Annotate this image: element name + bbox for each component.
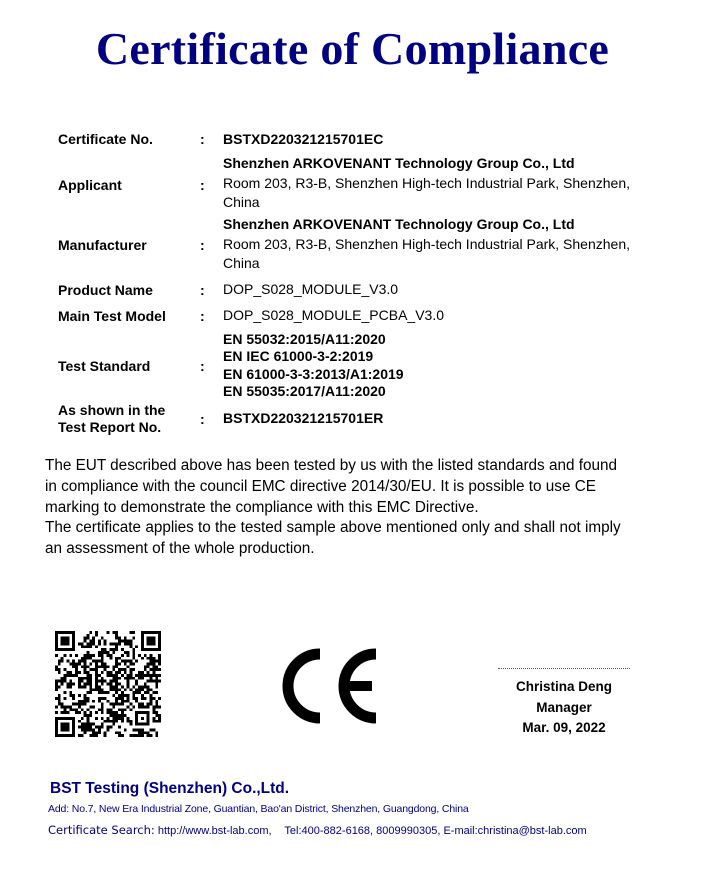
website-link[interactable]: http://www.bst-lab.com,: [158, 825, 272, 837]
field-colon: :: [200, 358, 205, 375]
field-value-wrap: DOP_S028_MODULE_V3.0: [223, 280, 398, 300]
field-label: Applicant: [58, 177, 122, 194]
test-standard-item: EN IEC 61000-3-2:2019: [223, 348, 404, 365]
field-label: Product Name: [58, 282, 153, 299]
field-value-wrap: BSTXD220321215701ER: [223, 409, 383, 429]
field-label-line1: As shown in the: [58, 402, 165, 419]
search-label: Certificate Search:: [48, 823, 155, 837]
certificate-search: Certificate Search: http://www.bst-lab.c…: [48, 823, 587, 837]
issuer-address: Add: No.7, New Era Industrial Zone, Guan…: [48, 803, 469, 815]
field-label: Main Test Model: [58, 308, 166, 325]
ce-mark-icon: [276, 648, 380, 724]
statement-line: The certificate applies to the tested sa…: [45, 518, 665, 539]
signature-date: Mar. 09, 2022: [484, 718, 644, 739]
certificate-title: Certificate of Compliance: [0, 22, 705, 75]
test-report-number: BSTXD220321215701ER: [223, 409, 383, 429]
compliance-statement: The EUT described above has been tested …: [45, 456, 665, 560]
statement-line: an assessment of the whole production.: [45, 539, 665, 560]
test-standard-item: EN 61000-3-3:2013/A1:2019: [223, 366, 404, 383]
field-value-wrap: Shenzhen ARKOVENANT Technology Group Co.…: [223, 154, 630, 213]
manufacturer-address: Room 203, R3-B, Shenzhen High-tech Indus…: [223, 235, 630, 255]
field-colon: :: [200, 237, 205, 254]
qr-code-icon[interactable]: [55, 631, 161, 737]
product-name: DOP_S028_MODULE_V3.0: [223, 280, 398, 300]
issuer-company: BST Testing (Shenzhen) Co.,Ltd.: [50, 780, 289, 798]
applicant-address-country: China: [223, 193, 630, 213]
field-value-wrap: EN 55032:2015/A11:2020 EN IEC 61000-3-2:…: [223, 331, 404, 400]
field-value-wrap: Shenzhen ARKOVENANT Technology Group Co.…: [223, 215, 630, 274]
test-standard-item: EN 55032:2015/A11:2020: [223, 331, 404, 348]
signature-line: [498, 668, 630, 669]
manufacturer-name: Shenzhen ARKOVENANT Technology Group Co.…: [223, 215, 630, 235]
statement-line: marking to demonstrate the compliance wi…: [45, 498, 665, 519]
field-value-wrap: DOP_S028_MODULE_PCBA_V3.0: [223, 306, 444, 326]
field-colon: :: [200, 282, 205, 299]
telephone: Tel:400-882-6168, 8009990305,: [284, 825, 440, 837]
field-colon: :: [200, 411, 205, 428]
field-label: Certificate No.: [58, 131, 153, 148]
test-standard-item: EN 55035:2017/A11:2020: [223, 383, 404, 400]
field-label: Manufacturer: [58, 237, 147, 254]
applicant-name: Shenzhen ARKOVENANT Technology Group Co.…: [223, 154, 630, 174]
statement-line: in compliance with the council EMC direc…: [45, 477, 665, 498]
field-colon: :: [200, 177, 205, 194]
signatory-name: Christina Deng: [484, 677, 644, 698]
main-test-model: DOP_S028_MODULE_PCBA_V3.0: [223, 306, 444, 326]
signature-block: Christina Deng Manager Mar. 09, 2022: [484, 668, 644, 739]
manufacturer-address-country: China: [223, 254, 630, 274]
field-label-line2: Test Report No.: [58, 419, 161, 436]
field-colon: :: [200, 131, 205, 148]
certificate-number: BSTXD220321215701EC: [223, 130, 383, 150]
signatory-title: Manager: [484, 698, 644, 719]
field-value-wrap: BSTXD220321215701EC: [223, 130, 383, 150]
applicant-address: Room 203, R3-B, Shenzhen High-tech Indus…: [223, 174, 630, 194]
field-colon: :: [200, 308, 205, 325]
email-link[interactable]: E-mail:christina@bst-lab.com: [443, 825, 586, 837]
statement-line: The EUT described above has been tested …: [45, 456, 665, 477]
field-label: Test Standard: [58, 358, 150, 375]
